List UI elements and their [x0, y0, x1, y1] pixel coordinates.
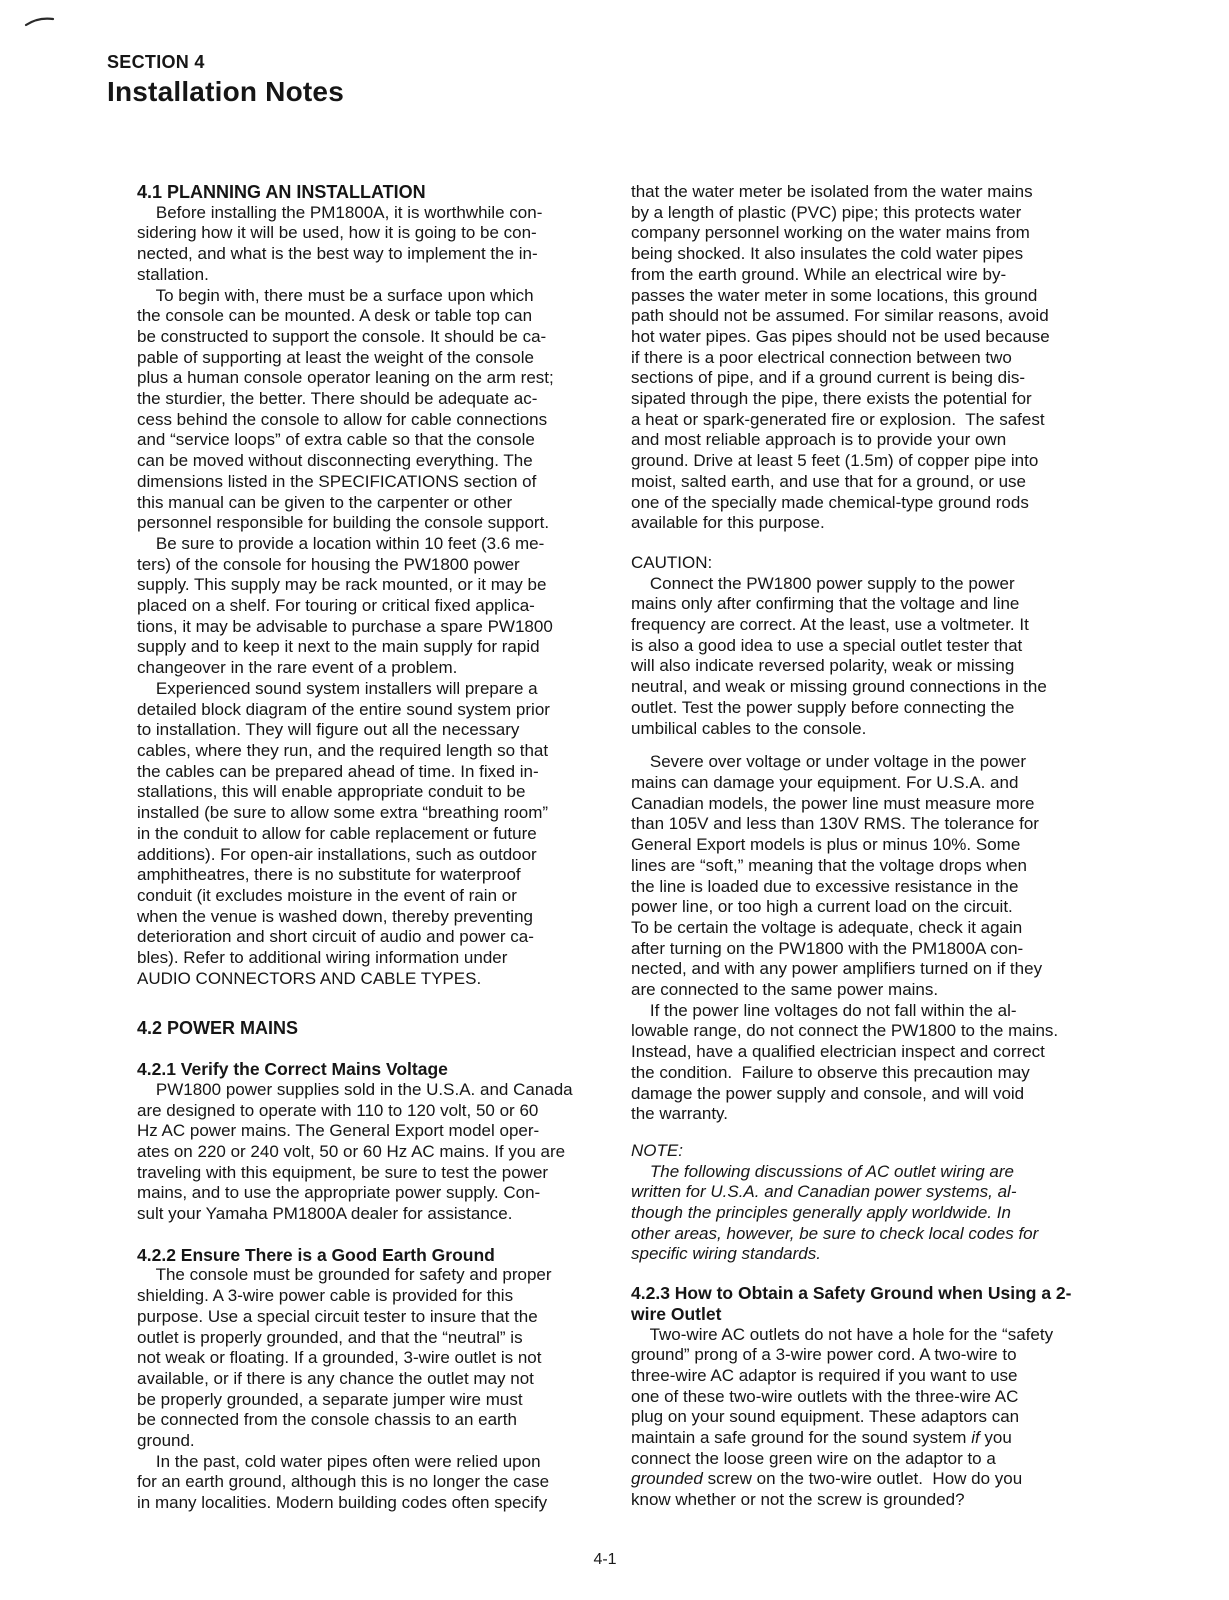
left-column: 4.1 PLANNING AN INSTALLATION Before inst… — [137, 182, 613, 1514]
right-column: that the water meter be isolated from th… — [631, 182, 1107, 1514]
para-4-2-3-italic-if: if — [971, 1428, 980, 1447]
page-number: 4-1 — [0, 1551, 1210, 1569]
caution-body: Connect the PW1800 power supply to the p… — [631, 574, 1107, 740]
scan-artifact-swoosh — [8, 8, 68, 39]
para-over-voltage: Severe over voltage or under voltage in … — [631, 752, 1107, 1000]
para-voltage-out-of-range: If the power line voltages do not fall w… — [631, 1001, 1107, 1125]
para-4-2-2-continued: that the water meter be isolated from th… — [631, 182, 1107, 534]
para-4-1-installers: Experienced sound system installers will… — [137, 679, 613, 990]
para-4-2-2-grounding: The console must be grounded for safety … — [137, 1265, 613, 1451]
para-4-2-3-body: Two-wire AC outlets do not have a hole f… — [631, 1325, 1107, 1511]
page-title: Installation Notes — [107, 74, 344, 110]
para-4-2-3-italic-grounded: grounded — [631, 1469, 703, 1488]
para-4-2-1-body: PW1800 power supplies sold in the U.S.A.… — [137, 1080, 613, 1225]
heading-4-2-1: 4.2.1 Verify the Correct Mains Voltage — [137, 1059, 613, 1080]
note-heading: NOTE: — [631, 1141, 1107, 1162]
page-header: SECTION 4 Installation Notes — [107, 50, 344, 110]
note-body: The following discussions of AC outlet w… — [631, 1162, 1107, 1266]
para-4-1-intro: Before installing the PM1800A, it is wor… — [137, 203, 613, 286]
para-4-1-location: Be sure to provide a location within 10 … — [137, 534, 613, 679]
heading-4-1: 4.1 PLANNING AN INSTALLATION — [137, 182, 613, 203]
para-4-2-2-cold-water: In the past, cold water pipes often were… — [137, 1452, 613, 1514]
document-body: 4.1 PLANNING AN INSTALLATION Before inst… — [137, 182, 1107, 1514]
heading-4-2-3: 4.2.3 How to Obtain a Safety Ground when… — [631, 1283, 1107, 1324]
heading-4-2-2: 4.2.2 Ensure There is a Good Earth Groun… — [137, 1245, 613, 1266]
heading-4-2: 4.2 POWER MAINS — [137, 1018, 613, 1039]
section-label: SECTION 4 — [107, 50, 344, 74]
para-4-1-surface: To begin with, there must be a surface u… — [137, 286, 613, 534]
caution-heading: CAUTION: — [631, 553, 1107, 574]
